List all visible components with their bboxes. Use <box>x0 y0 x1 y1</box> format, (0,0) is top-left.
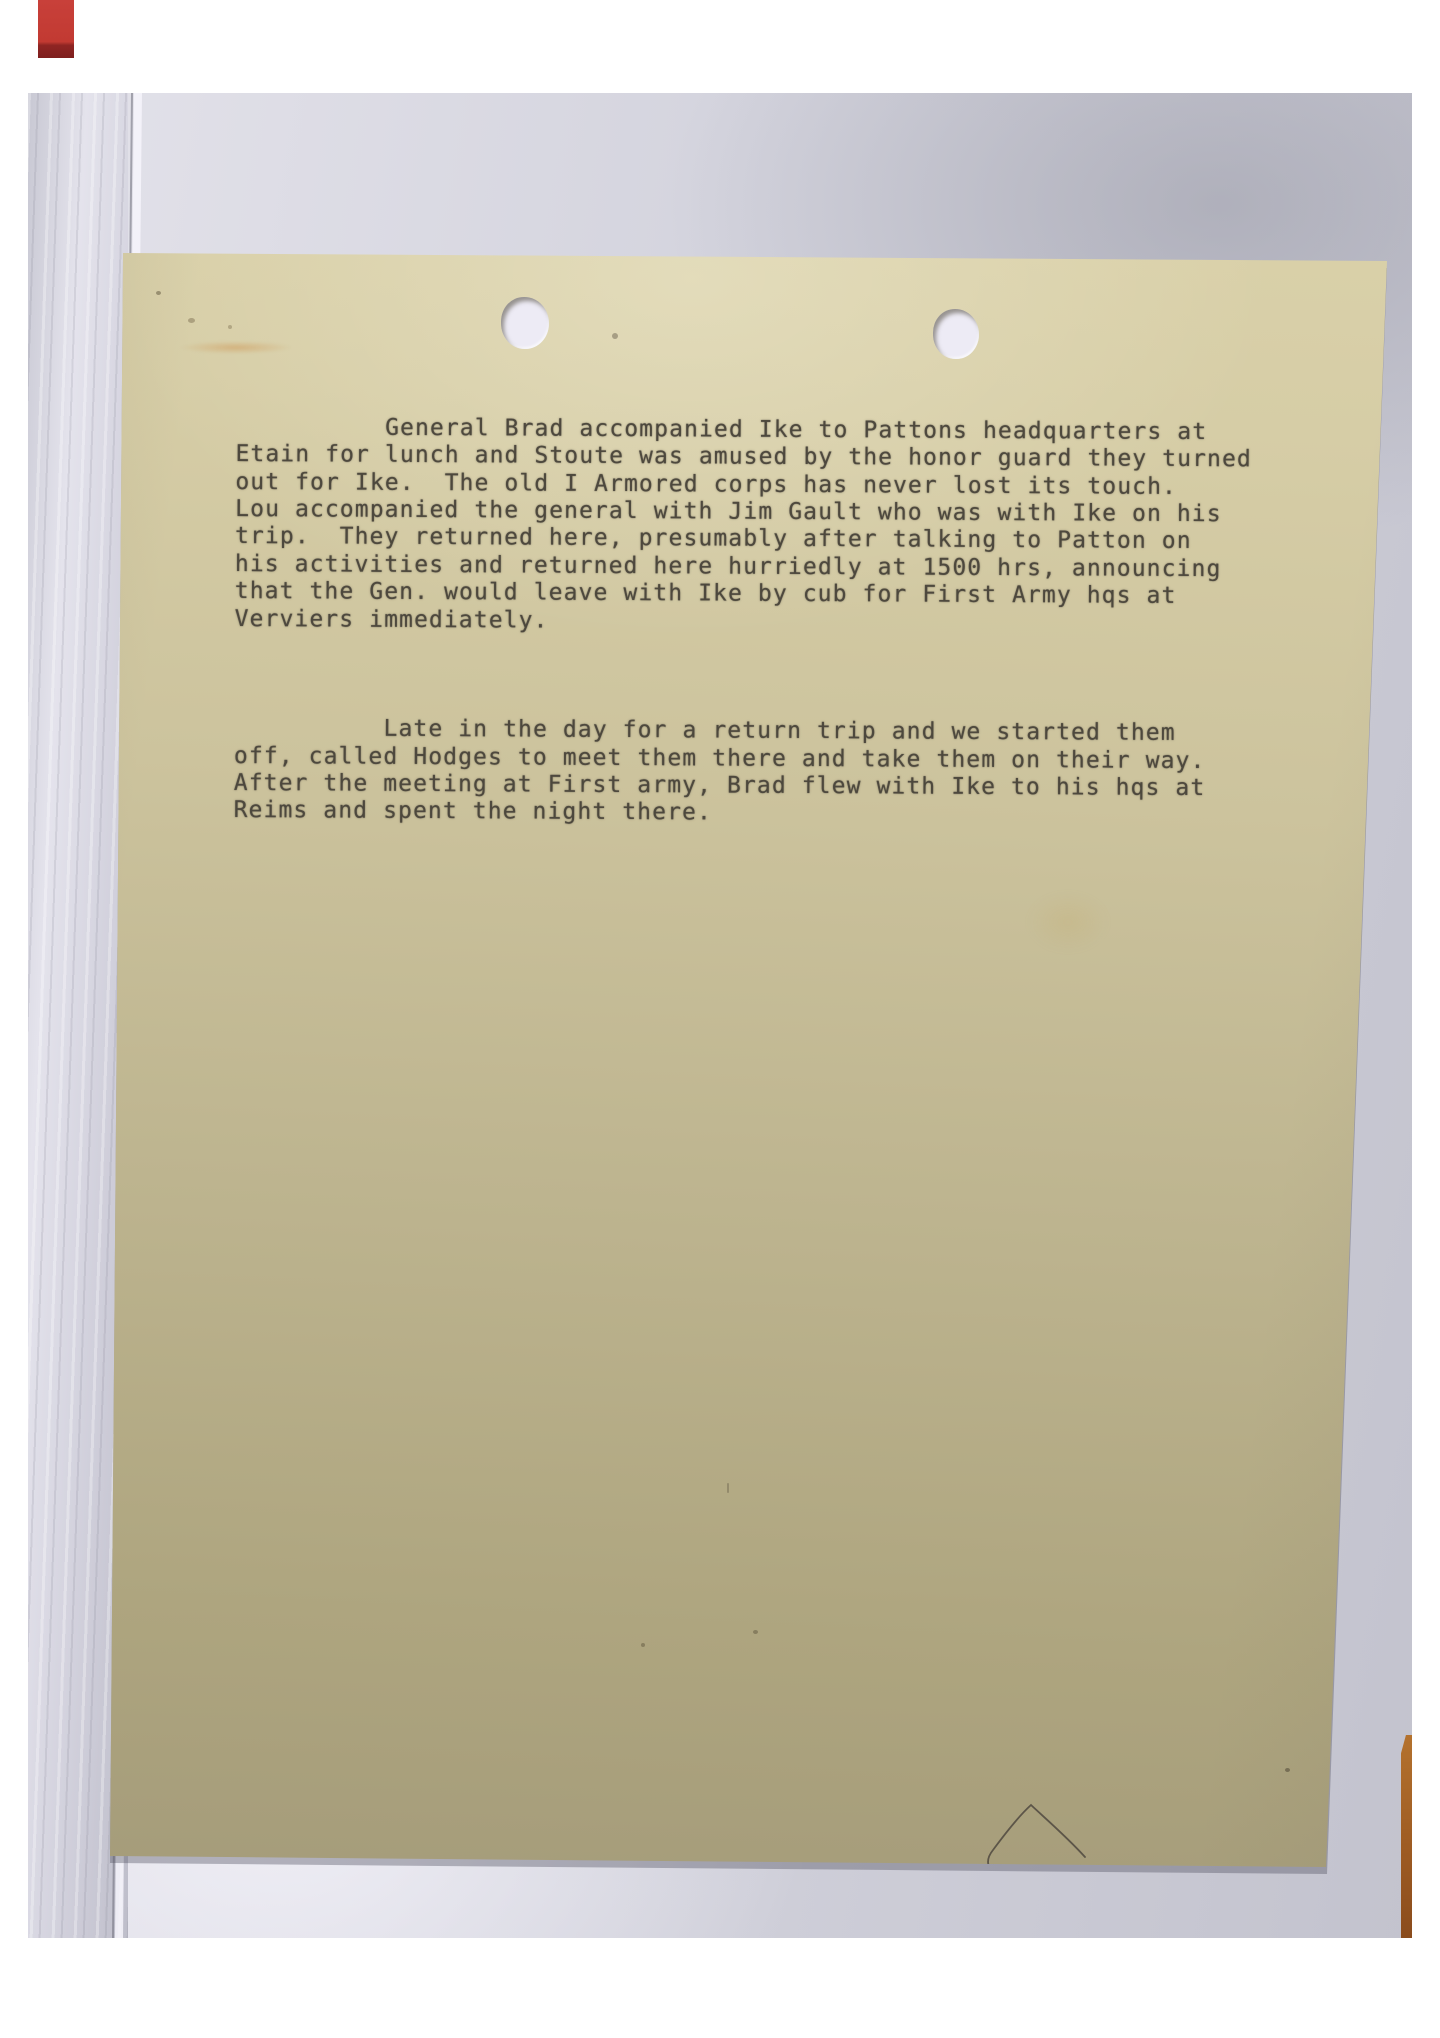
photograph: General Brad accompanied Ike to Pattons … <box>28 93 1412 1938</box>
table-edge <box>1401 1735 1412 1938</box>
pencil-mark <box>28 93 1412 1938</box>
red-marker <box>38 0 74 58</box>
scanned-page: General Brad accompanied Ike to Pattons … <box>0 0 1440 2038</box>
punch-hole-right <box>933 309 979 359</box>
punch-hole-left <box>501 297 549 349</box>
typewritten-sheet: General Brad accompanied Ike to Pattons … <box>28 93 1412 1938</box>
